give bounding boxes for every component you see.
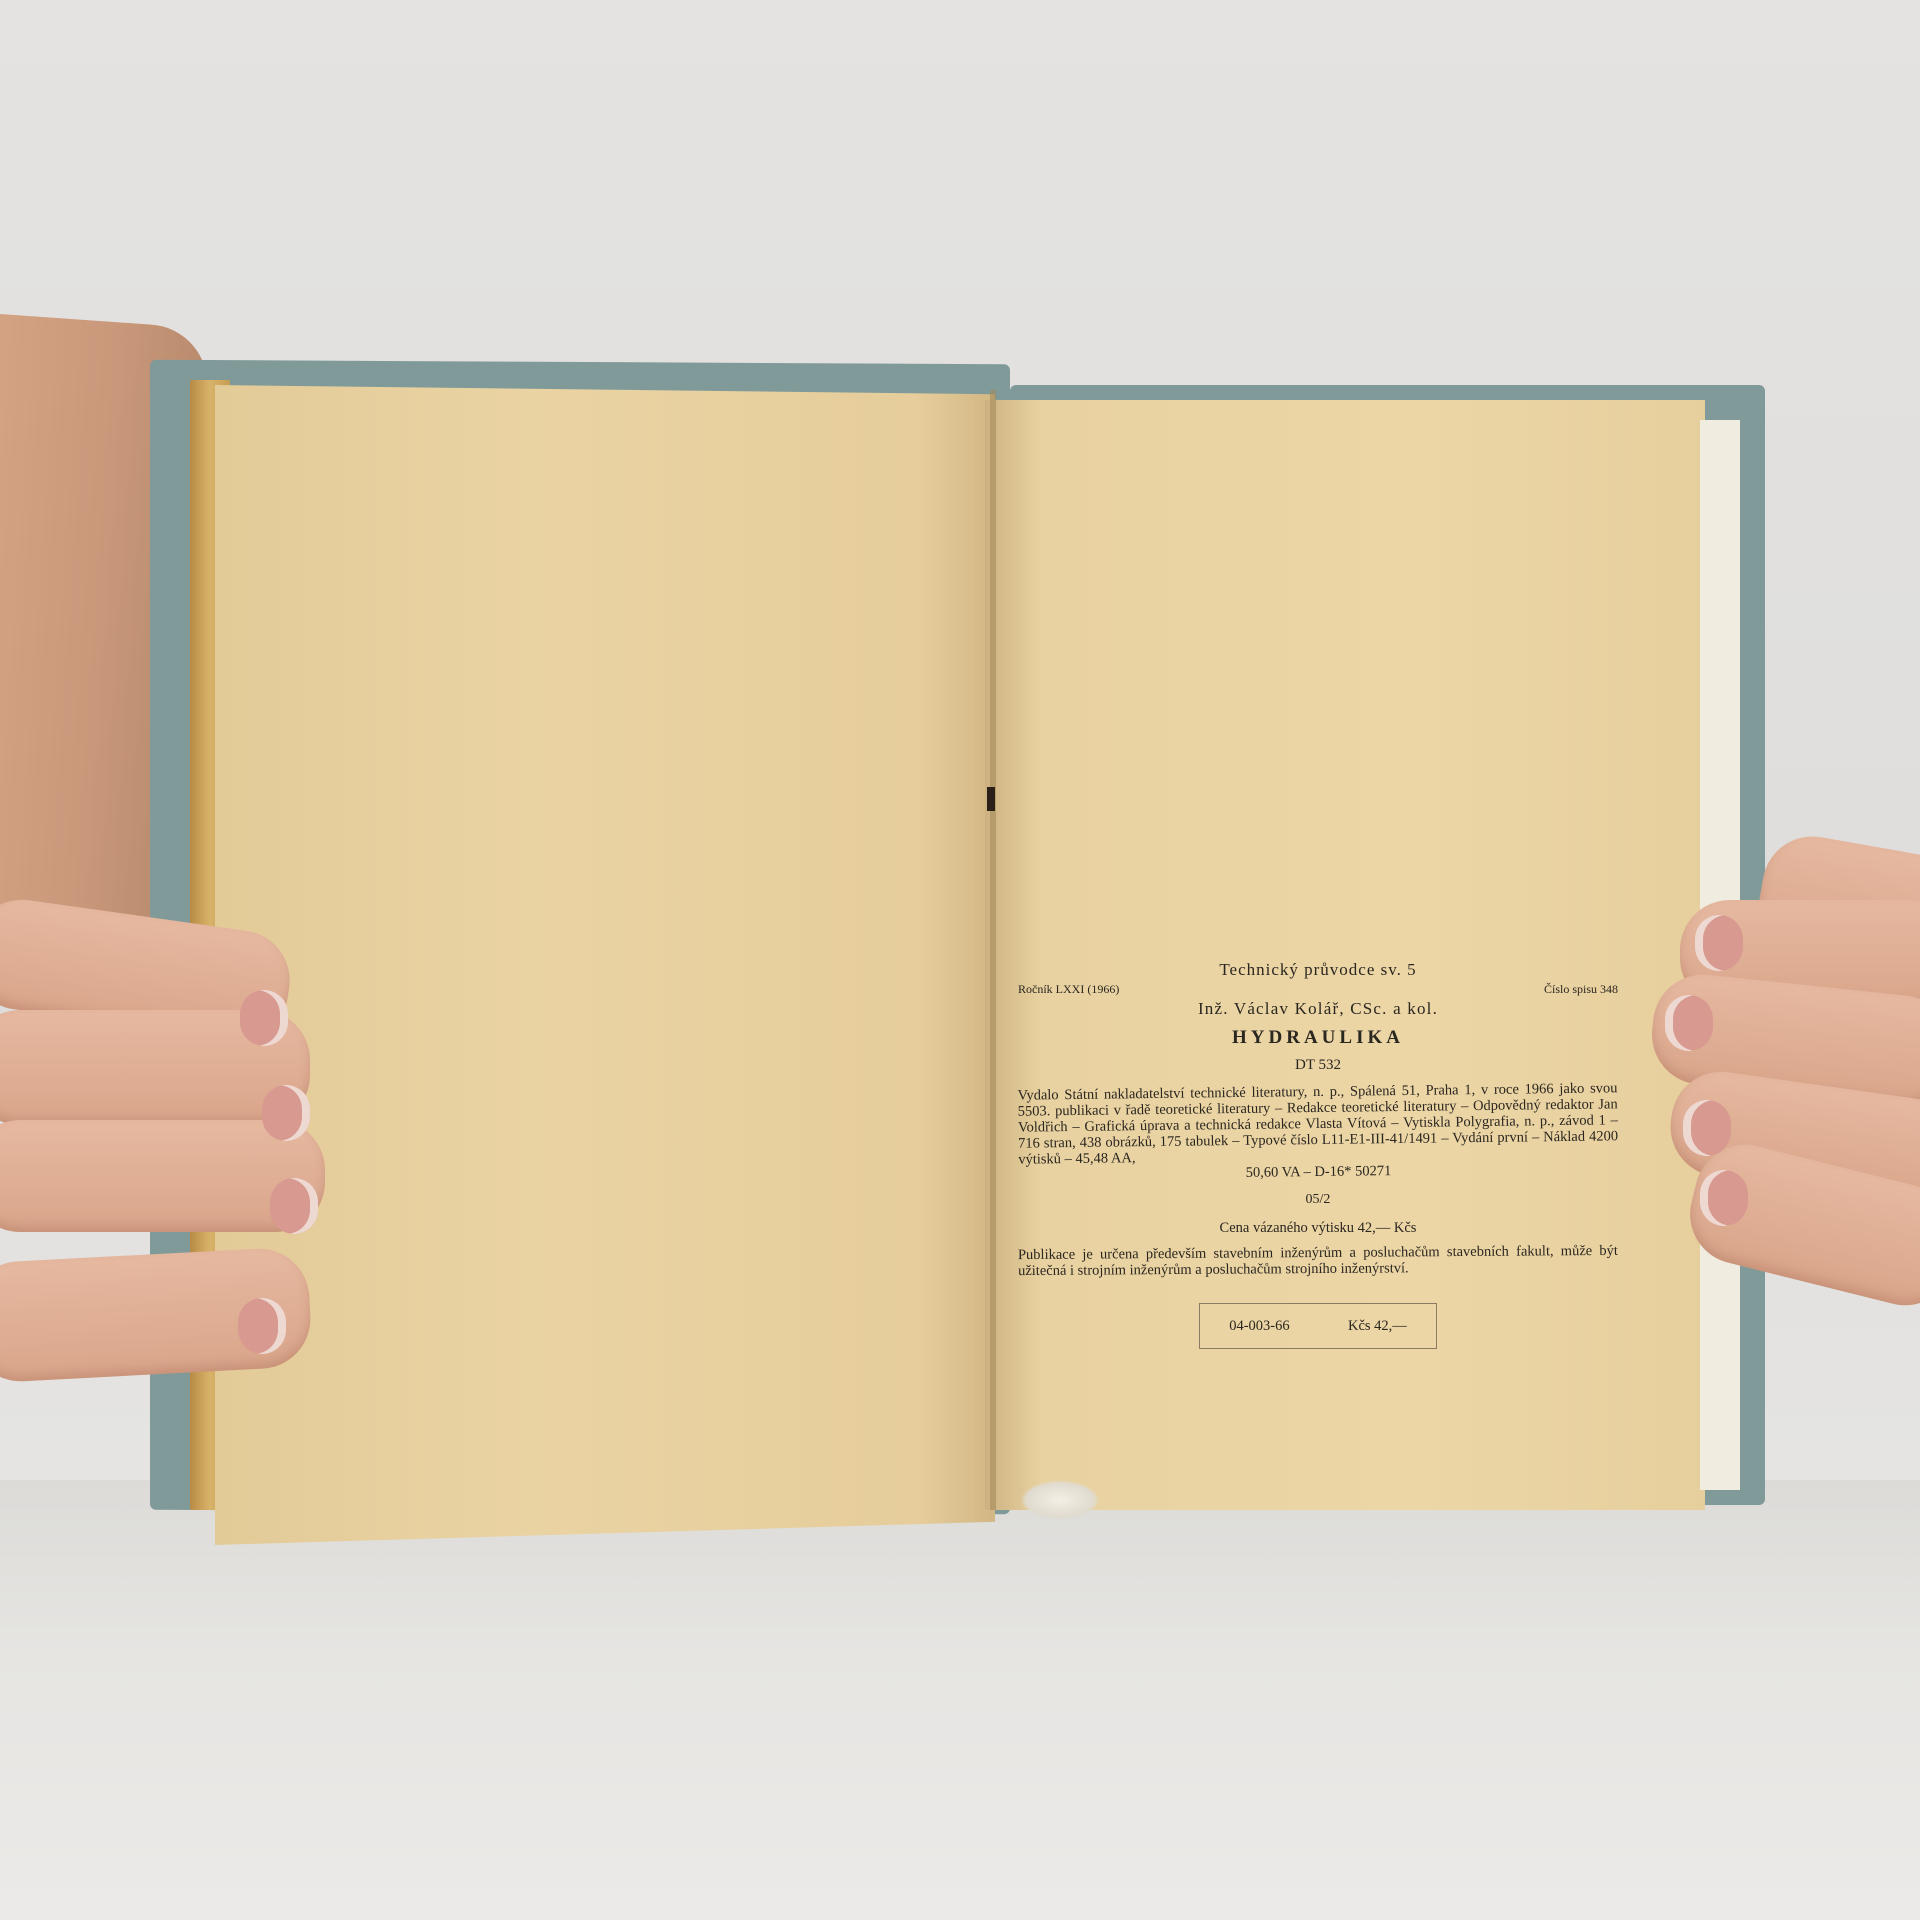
right-nail-2 (1665, 995, 1713, 1051)
left-nail-2 (262, 1085, 310, 1141)
book-title: HYDRAULIKA (1018, 1027, 1618, 1049)
volume-label: Ročník LXXI (1966) (1018, 982, 1119, 997)
right-nail-3 (1683, 1100, 1731, 1156)
publisher-text: Vydalo Státní nakladatelství technické l… (1017, 1080, 1618, 1167)
dt-code: DT 532 (1018, 1057, 1618, 1074)
left-nail-3 (270, 1178, 318, 1234)
binding-thread (1020, 1480, 1100, 1520)
blank-left-page (215, 385, 995, 1545)
table-surface (0, 1480, 1920, 1920)
catalog-number: 04-003-66 (1229, 1318, 1289, 1335)
series-line: Technický průvodce sv. 5 (1018, 960, 1618, 980)
box-price: Kčs 42,— (1348, 1318, 1407, 1335)
left-nail-1 (240, 990, 288, 1046)
file-number: Číslo spisu 348 (1544, 982, 1618, 997)
book-gutter (990, 390, 996, 1510)
right-nail-4 (1700, 1170, 1748, 1226)
left-nail-4 (238, 1298, 286, 1354)
volume-row: Ročník LXXI (1966) Číslo spisu 348 (1018, 982, 1618, 997)
author-line: Inž. Václav Kolář, CSc. a kol. (1018, 999, 1618, 1019)
colophon-text: Technický průvodce sv. 5 Ročník LXXI (19… (1018, 960, 1618, 1349)
edition-code: 05/2 (1018, 1192, 1618, 1208)
publisher-paragraph: Vydalo Státní nakladatelství technické l… (1017, 1080, 1618, 1183)
right-nail-1 (1695, 915, 1743, 971)
audience-paragraph: Publikace je určena především stavebním … (1018, 1243, 1618, 1279)
signature-mark (987, 787, 995, 811)
price-line: Cena vázaného výtisku 42,— Kčs (1018, 1220, 1618, 1237)
price-box: 04-003-66 Kčs 42,— (1199, 1303, 1437, 1349)
